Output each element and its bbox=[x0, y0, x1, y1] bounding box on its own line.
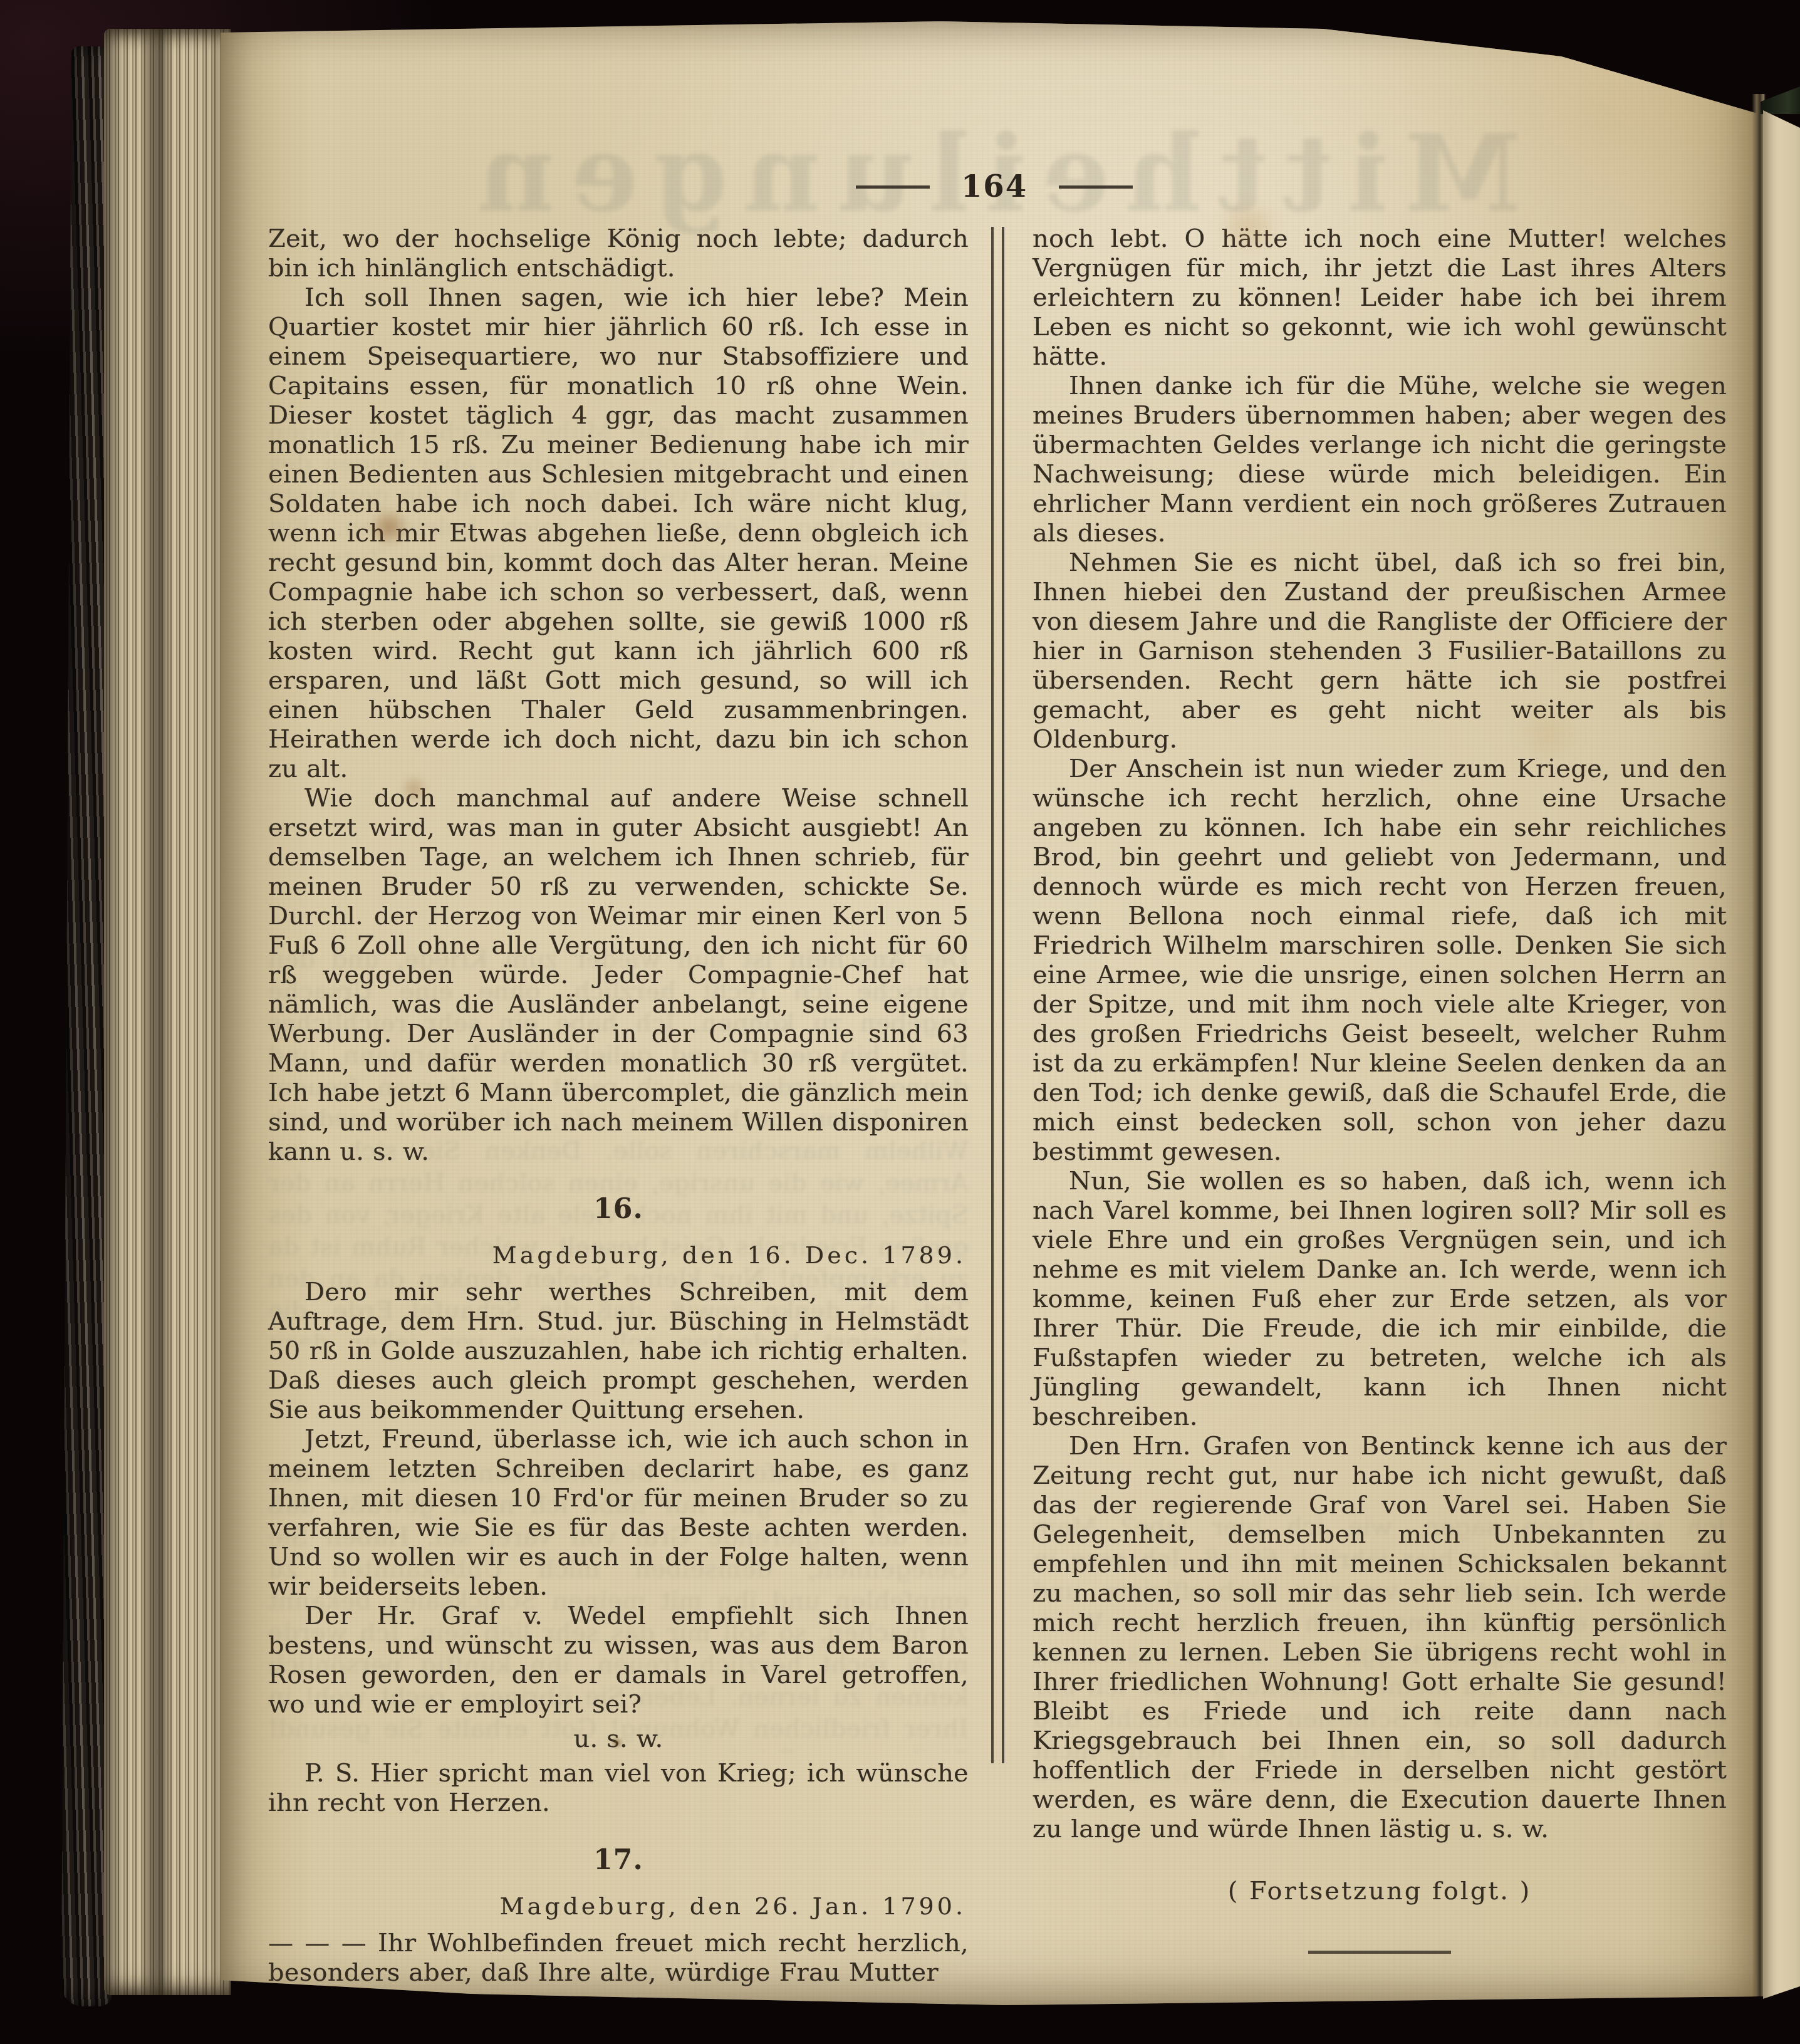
letter-17-dateline: Magdeburg, den 26. Jan. 1790. bbox=[268, 1892, 966, 1920]
paragraph: Der Anschein ist nun wieder zum Kriege, … bbox=[1033, 754, 1727, 1167]
letter-16-heading: 16. bbox=[268, 1193, 969, 1225]
running-head: 164 bbox=[264, 167, 1724, 207]
right-column: noch lebt. O hätte ich noch eine Mutter!… bbox=[1033, 224, 1727, 1954]
paragraph: Ich soll Ihnen sagen, wie ich hier lebe?… bbox=[268, 283, 969, 784]
paragraph: Wie doch manchmal auf andere Weise schne… bbox=[268, 784, 969, 1167]
head-rule-left bbox=[856, 185, 930, 189]
paragraph: Nehmen Sie es nicht übel, daß ich so fre… bbox=[1033, 548, 1727, 754]
postscript: P. S. Hier spricht man viel von Krieg; i… bbox=[268, 1759, 969, 1818]
paragraph: noch lebt. O hätte ich noch eine Mutter!… bbox=[1033, 224, 1727, 372]
letter-17-heading: 17. bbox=[268, 1844, 969, 1876]
paragraph: Ihnen danke ich für die Mühe, welche sie… bbox=[1033, 372, 1727, 548]
book-photo: Mittheilungen Ihnen danke ich für die Mü… bbox=[0, 0, 1800, 2044]
continuation-note: ( Fortsetzung folgt. ) bbox=[1033, 1877, 1727, 1906]
etc-line: u. s. w. bbox=[268, 1724, 969, 1754]
paragraph: — — — Ihr Wohlbefinden freuet mich recht… bbox=[268, 1929, 969, 1988]
page-number: 164 bbox=[961, 169, 1027, 204]
paragraph: Den Hrn. Grafen von Bentinck kenne ich a… bbox=[1033, 1432, 1727, 1844]
paragraph: Zeit, wo der hochselige König noch lebte… bbox=[268, 224, 969, 283]
page-stack-fore-edge bbox=[104, 29, 231, 1995]
paragraph: Dero mir sehr werthes Schreiben, mit dem… bbox=[268, 1278, 969, 1425]
paragraph: Der Hr. Graf v. Wedel empfiehlt sich Ihn… bbox=[268, 1602, 969, 1719]
head-rule-right bbox=[1059, 185, 1133, 189]
column-divider bbox=[991, 227, 1004, 1763]
separator-rule bbox=[1308, 1951, 1451, 1954]
letter-16-dateline: Magdeburg, den 16. Dec. 1789. bbox=[268, 1241, 966, 1269]
paragraph: Jetzt, Freund, überlasse ich, wie ich au… bbox=[268, 1425, 969, 1602]
next-page-edge bbox=[1763, 99, 1800, 2004]
left-column: Zeit, wo der hochselige König noch lebte… bbox=[268, 224, 969, 1988]
next-cover-sliver bbox=[1761, 86, 1800, 114]
book-page: Mittheilungen Ihnen danke ich für die Mü… bbox=[221, 18, 1759, 2005]
paragraph: Nun, Sie wollen es so haben, daß ich, we… bbox=[1033, 1167, 1727, 1432]
